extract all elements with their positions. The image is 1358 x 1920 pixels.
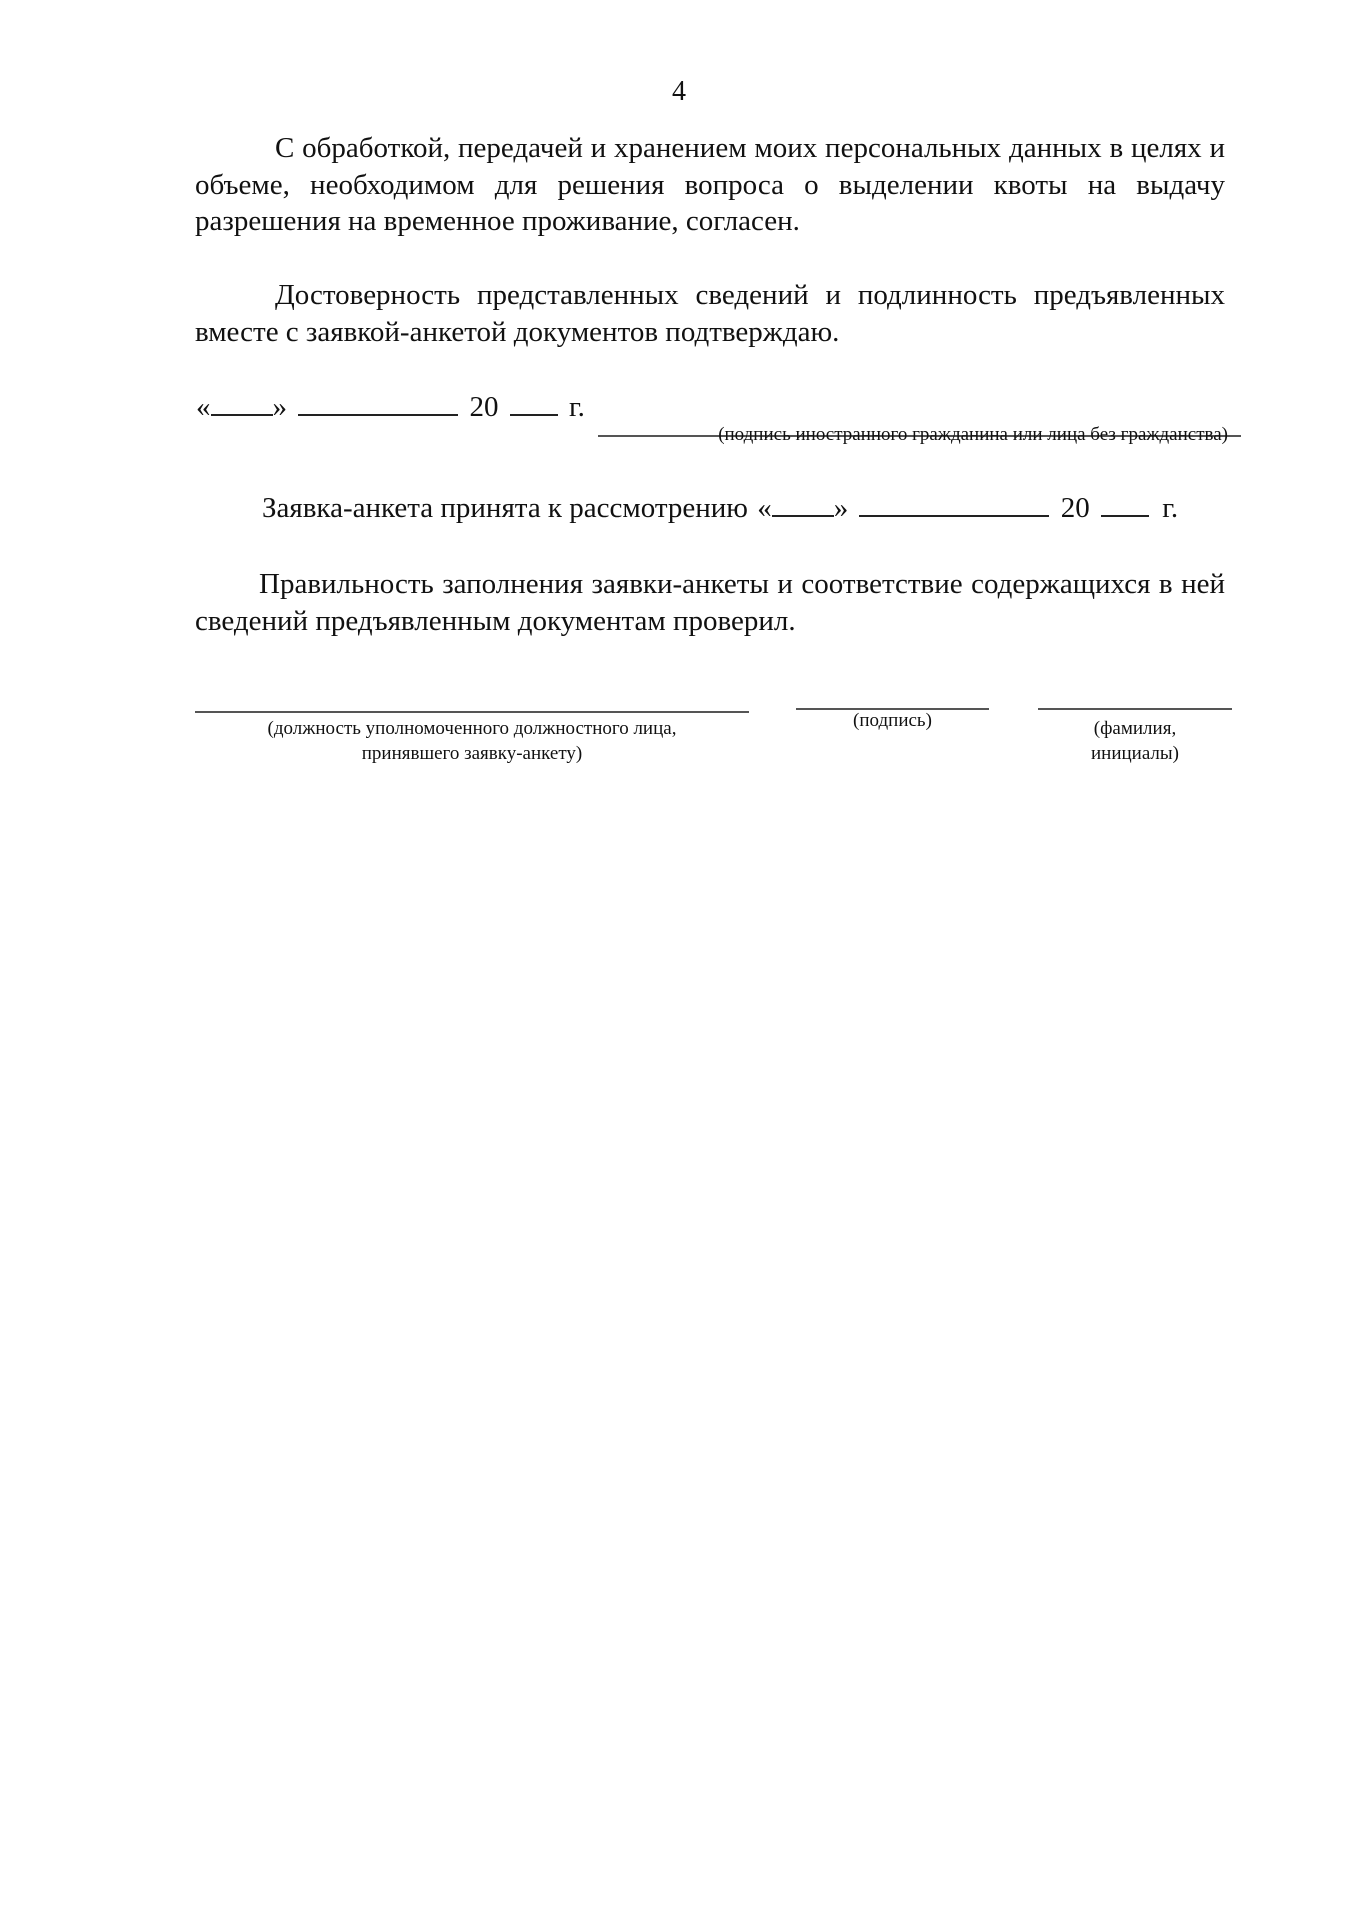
authenticity-paragraph: Достоверность представленных сведений и … bbox=[195, 277, 1225, 350]
date-close-quote: » bbox=[273, 391, 288, 423]
accepted-open-quote: « bbox=[757, 492, 772, 524]
accepted-month-blank-field[interactable] bbox=[859, 491, 1049, 517]
year-blank-field[interactable] bbox=[510, 390, 558, 416]
date-open-quote: « bbox=[196, 391, 211, 423]
year-prefix: 20 bbox=[470, 391, 499, 423]
accepted-label: Заявка-анкета принята к рассмотрению bbox=[262, 492, 748, 524]
official-position-line[interactable] bbox=[195, 711, 749, 713]
year-suffix: г. bbox=[569, 391, 585, 423]
accepted-close-quote: » bbox=[834, 492, 849, 524]
official-position-caption-line1: (должность уполномоченного должностного … bbox=[195, 716, 749, 741]
applicant-signature-caption: (подпись иностранного гражданина или лиц… bbox=[598, 422, 1228, 447]
accepted-row: Заявка-анкета принята к рассмотрению «» … bbox=[262, 490, 1178, 526]
day-blank-field[interactable] bbox=[211, 390, 273, 416]
official-position-caption: (должность уполномоченного должностного … bbox=[195, 716, 749, 766]
official-signature-caption: (подпись) bbox=[796, 708, 989, 733]
official-position-caption-line2: принявшего заявку-анкету) bbox=[195, 741, 749, 766]
official-name-caption-line2: инициалы) bbox=[1038, 741, 1232, 766]
verification-paragraph: Правильность заполнения заявки-анкеты и … bbox=[195, 566, 1225, 639]
accepted-year-prefix: 20 bbox=[1061, 492, 1090, 524]
applicant-date-row: «» 20 г. bbox=[196, 389, 585, 425]
page-number: 4 bbox=[0, 78, 1358, 106]
accepted-year-blank-field[interactable] bbox=[1101, 491, 1149, 517]
official-name-caption-line1: (фамилия, bbox=[1038, 716, 1232, 741]
accepted-year-suffix: г. bbox=[1162, 492, 1178, 524]
consent-paragraph: С обработкой, передачей и хранением моих… bbox=[195, 130, 1225, 240]
month-blank-field[interactable] bbox=[298, 390, 458, 416]
accepted-day-blank-field[interactable] bbox=[772, 491, 834, 517]
official-name-caption: (фамилия, инициалы) bbox=[1038, 716, 1232, 766]
official-name-line[interactable] bbox=[1038, 708, 1232, 710]
